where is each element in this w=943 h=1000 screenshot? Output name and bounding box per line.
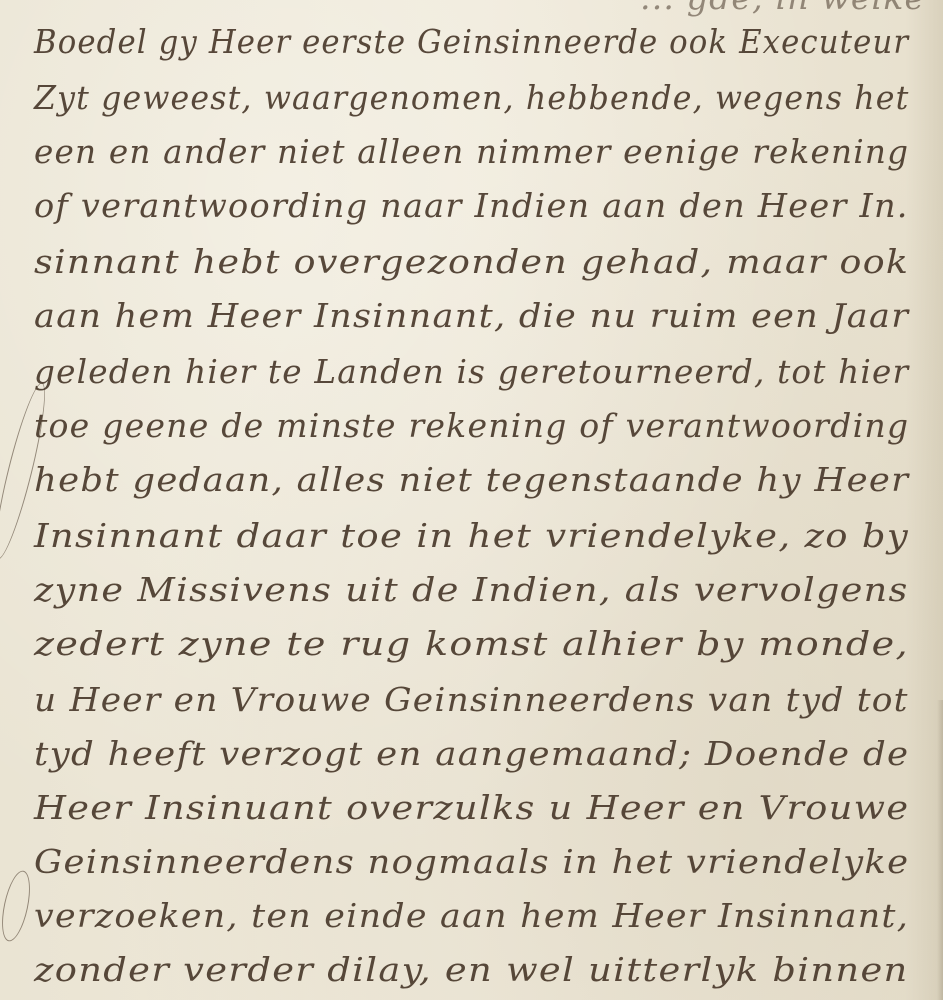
- manuscript-line-12: zedert zyne te rug komst alhier by monde…: [34, 624, 909, 663]
- manuscript-line-13: u Heer en Vrouwe Geinsinneerdens van tyd…: [34, 680, 909, 719]
- manuscript-line-6: aan hem Heer Insinnant, die nu ruim een …: [34, 296, 909, 335]
- manuscript-page: ... gde, in welke Boedel gy Heer eerste …: [0, 0, 943, 1000]
- manuscript-line-14: tyd heeft verzogt en aangemaand; Doende …: [34, 734, 909, 773]
- manuscript-line-11: zyne Missivens uit de Indien, als vervol…: [34, 570, 909, 609]
- manuscript-line-18: zonder verder dilay, en wel uitterlyk bi…: [34, 950, 909, 989]
- manuscript-line-4: of verantwoording naar Indien aan den He…: [34, 186, 909, 225]
- manuscript-line-15: Heer Insinuant overzulks u Heer en Vrouw…: [34, 788, 909, 827]
- manuscript-line-9: hebt gedaan, alles niet tegenstaande hy …: [34, 460, 909, 499]
- manuscript-line-2: Zyt geweest, waargenomen, hebbende, wege…: [34, 78, 909, 117]
- manuscript-line-10: Insinnant daar toe in het vriendelyke, z…: [34, 516, 909, 555]
- descender-flourish-icon: [0, 868, 35, 943]
- partial-top-line: ... gde, in welke: [640, 0, 925, 17]
- manuscript-line-1: Boedel gy Heer eerste Geinsinneerde ook …: [34, 22, 909, 61]
- manuscript-line-16: Geinsinneerdens nogmaals in het vriendel…: [34, 842, 909, 881]
- manuscript-line-7: geleden hier te Landen is geretourneerd,…: [34, 352, 909, 391]
- manuscript-line-3: een en ander niet alleen nimmer eenige r…: [34, 132, 909, 171]
- page-edge-shadow: [937, 700, 943, 1000]
- manuscript-line-17: verzoeken, ten einde aan hem Heer Insinn…: [34, 896, 909, 935]
- manuscript-line-5: sinnant hebt overgezonden gehad, maar oo…: [34, 242, 909, 281]
- manuscript-line-8: toe geene de minste rekening of verantwo…: [34, 406, 909, 445]
